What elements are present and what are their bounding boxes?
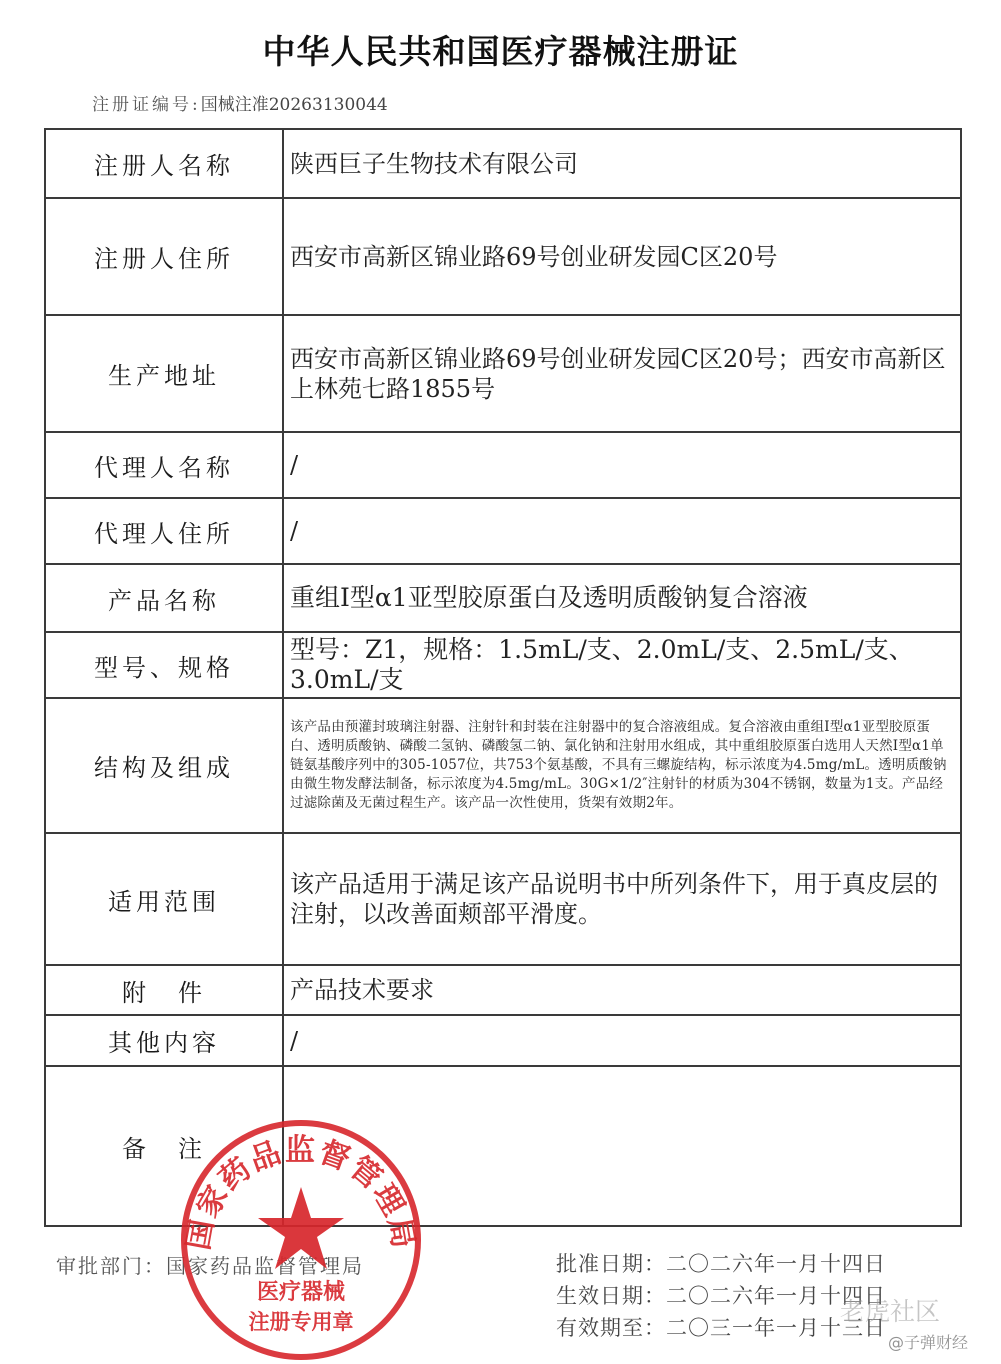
- effective-date: 生效日期：二〇二六年一月十四日: [556, 1280, 886, 1312]
- table-row-other: 其他内容 /: [45, 1015, 961, 1066]
- row-value: 该产品适用于满足该产品说明书中所列条件下，用于真皮层的注射，以改善面颊部平滑度。: [283, 833, 961, 965]
- effective-date-label: 生效日期：: [556, 1284, 666, 1308]
- expiry-date-label: 有效期至：: [556, 1316, 666, 1340]
- table-row-registrant-name: 注册人名称 陕西巨子生物技术有限公司: [45, 129, 961, 198]
- table-row-structure: 结构及组成 该产品由预灌封玻璃注射器、注射针和封装在注射器中的复合溶液组成。复合…: [45, 698, 961, 833]
- row-value: 该产品由预灌封玻璃注射器、注射针和封装在注射器中的复合溶液组成。复合溶液由重组I…: [283, 698, 961, 833]
- certificate-number: 注册证编号:国械注准20263130044: [92, 90, 388, 115]
- table-row-registrant-address: 注册人住所 西安市高新区锦业路69号创业研发园C区20号: [45, 198, 961, 315]
- watermark-community: 老虎社区: [840, 1292, 940, 1328]
- expiry-date: 有效期至：二〇三一年一月十三日: [556, 1312, 886, 1344]
- row-label: 适用范围: [45, 833, 283, 965]
- row-value: 重组I型α1亚型胶原蛋白及透明质酸钠复合溶液: [283, 564, 961, 632]
- row-label: 生产地址: [45, 315, 283, 432]
- row-value: /: [283, 432, 961, 498]
- row-label: 附 件: [45, 965, 283, 1015]
- seal-inner-line1: 医疗器械: [257, 1279, 346, 1305]
- row-label: 代理人住所: [45, 498, 283, 564]
- row-label: 型号、规格: [45, 632, 283, 698]
- row-label: 备 注: [45, 1066, 283, 1226]
- row-label: 结构及组成: [45, 698, 283, 833]
- registration-table: 注册人名称 陕西巨子生物技术有限公司 注册人住所 西安市高新区锦业路69号创业研…: [44, 128, 962, 1227]
- approval-department-value: 国家药品监督管理局: [166, 1254, 364, 1278]
- table-row-attachment: 附 件 产品技术要求: [45, 965, 961, 1015]
- row-value: /: [283, 498, 961, 564]
- row-value: /: [283, 1015, 961, 1066]
- table-row-agent-name: 代理人名称 /: [45, 432, 961, 498]
- row-label: 代理人名称: [45, 432, 283, 498]
- certificate-number-value: 国械注准20263130044: [201, 95, 388, 115]
- table-row-production-address: 生产地址 西安市高新区锦业路69号创业研发园C区20号；西安市高新区上林苑七路1…: [45, 315, 961, 432]
- row-value: 型号：Z1，规格：1.5mL/支、2.0mL/支、2.5mL/支、3.0mL/支: [283, 632, 961, 698]
- table-row-agent-address: 代理人住所 /: [45, 498, 961, 564]
- approval-date: 批准日期：二〇二六年一月十四日: [556, 1248, 886, 1280]
- row-value: [283, 1066, 961, 1226]
- dates-block: 批准日期：二〇二六年一月十四日 生效日期：二〇二六年一月十四日 有效期至：二〇三…: [556, 1248, 886, 1344]
- approval-date-value: 二〇二六年一月十四日: [666, 1252, 886, 1276]
- row-label: 注册人住所: [45, 198, 283, 315]
- table-row-product-name: 产品名称 重组I型α1亚型胶原蛋白及透明质酸钠复合溶液: [45, 564, 961, 632]
- table-row-remarks: 备 注: [45, 1066, 961, 1226]
- row-label: 其他内容: [45, 1015, 283, 1066]
- watermark-author: @子弹财经: [888, 1330, 968, 1353]
- table-row-scope: 适用范围 该产品适用于满足该产品说明书中所列条件下，用于真皮层的注射，以改善面颊…: [45, 833, 961, 965]
- approval-department: 审批部门：国家药品监督管理局: [56, 1250, 364, 1279]
- row-value: 西安市高新区锦业路69号创业研发园C区20号；西安市高新区上林苑七路1855号: [283, 315, 961, 432]
- approval-date-label: 批准日期：: [556, 1252, 666, 1276]
- certificate-number-label: 注册证编号:: [92, 95, 201, 115]
- row-label: 产品名称: [45, 564, 283, 632]
- row-value: 西安市高新区锦业路69号创业研发园C区20号: [283, 198, 961, 315]
- approval-department-label: 审批部门：: [56, 1254, 166, 1278]
- seal-inner-line2: 注册专用章: [249, 1310, 354, 1334]
- row-value: 产品技术要求: [283, 965, 961, 1015]
- document-title: 中华人民共和国医疗器械注册证: [0, 26, 1001, 73]
- table-row-model-spec: 型号、规格 型号：Z1，规格：1.5mL/支、2.0mL/支、2.5mL/支、3…: [45, 632, 961, 698]
- row-label: 注册人名称: [45, 129, 283, 198]
- row-value: 陕西巨子生物技术有限公司: [283, 129, 961, 198]
